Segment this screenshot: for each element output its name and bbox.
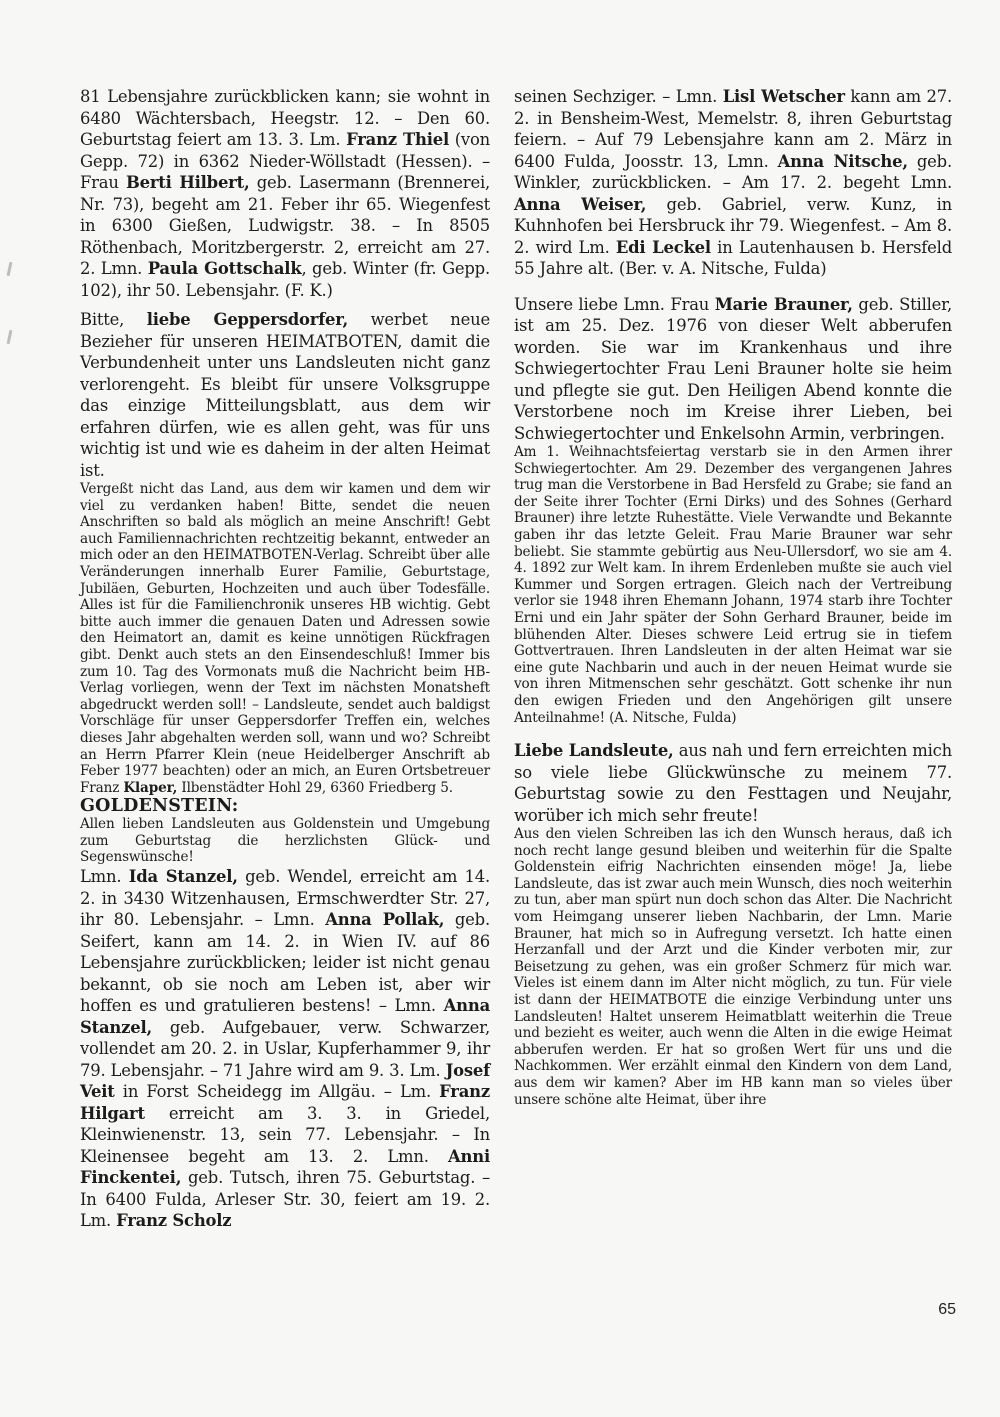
obituary-details-paragraph: Am 1. Weihnachtsfeiertag verstarb sie in…: [514, 444, 952, 726]
person-name: Anna Weiser,: [514, 195, 646, 214]
birthday-notices-continued: seinen Sechziger. – Lmn. Lisl Wetscher k…: [514, 86, 952, 280]
thanks-addressee: Liebe Landsleute,: [514, 741, 674, 760]
birthday-notices-goldenstein: Lmn. Ida Stanzel, geb. Wendel, erreicht …: [80, 866, 490, 1232]
person-name: Marie Brauner,: [715, 295, 853, 314]
person-name: Franz Thiel: [346, 130, 449, 149]
appeal-details-paragraph: Vergeßt nicht das Land, aus dem wir kame…: [80, 481, 490, 796]
appeal-paragraph: Bitte, liebe Geppersdorfer, werbet neue …: [80, 309, 490, 481]
person-name: Klaper,: [123, 780, 177, 796]
person-name: Lisl Wetscher: [723, 87, 845, 106]
person-name: Paula Gottschalk: [148, 259, 302, 278]
person-name: Edi Leckel: [616, 238, 711, 257]
page-number: 65: [938, 1301, 956, 1319]
obituary-paragraph: Unsere liebe Lmn. Frau Marie Brauner, ge…: [514, 294, 952, 445]
person-name: Franz Scholz: [116, 1211, 231, 1230]
thanks-paragraph: Liebe Landsleute, aus nah und fern errei…: [514, 740, 952, 826]
person-name: Berti Hilbert,: [126, 173, 250, 192]
goldenstein-greeting: Allen lieben Landsleuten aus Goldenstein…: [80, 816, 490, 866]
section-heading-goldenstein: GOLDENSTEIN:: [80, 796, 490, 816]
birthday-notices-geppersdorf: 81 Lebensjahre zurückblicken kann; sie w…: [80, 86, 490, 301]
thanks-details-paragraph: Aus den vielen Schreiben las ich den Wun…: [514, 826, 952, 1108]
scan-mark: [7, 262, 13, 276]
appeal-addressee: liebe Geppersdorfer,: [147, 310, 348, 329]
person-name: Anna Pollak,: [325, 910, 444, 929]
person-name: Anna Nitsche,: [778, 152, 908, 171]
newspaper-page: 81 Lebensjahre zurückblicken kann; sie w…: [0, 0, 1000, 1417]
right-column: seinen Sechziger. – Lmn. Lisl Wetscher k…: [514, 86, 952, 1108]
person-name: Ida Stanzel,: [129, 867, 238, 886]
left-column: 81 Lebensjahre zurückblicken kann; sie w…: [80, 86, 490, 1232]
scan-mark: [7, 330, 13, 344]
